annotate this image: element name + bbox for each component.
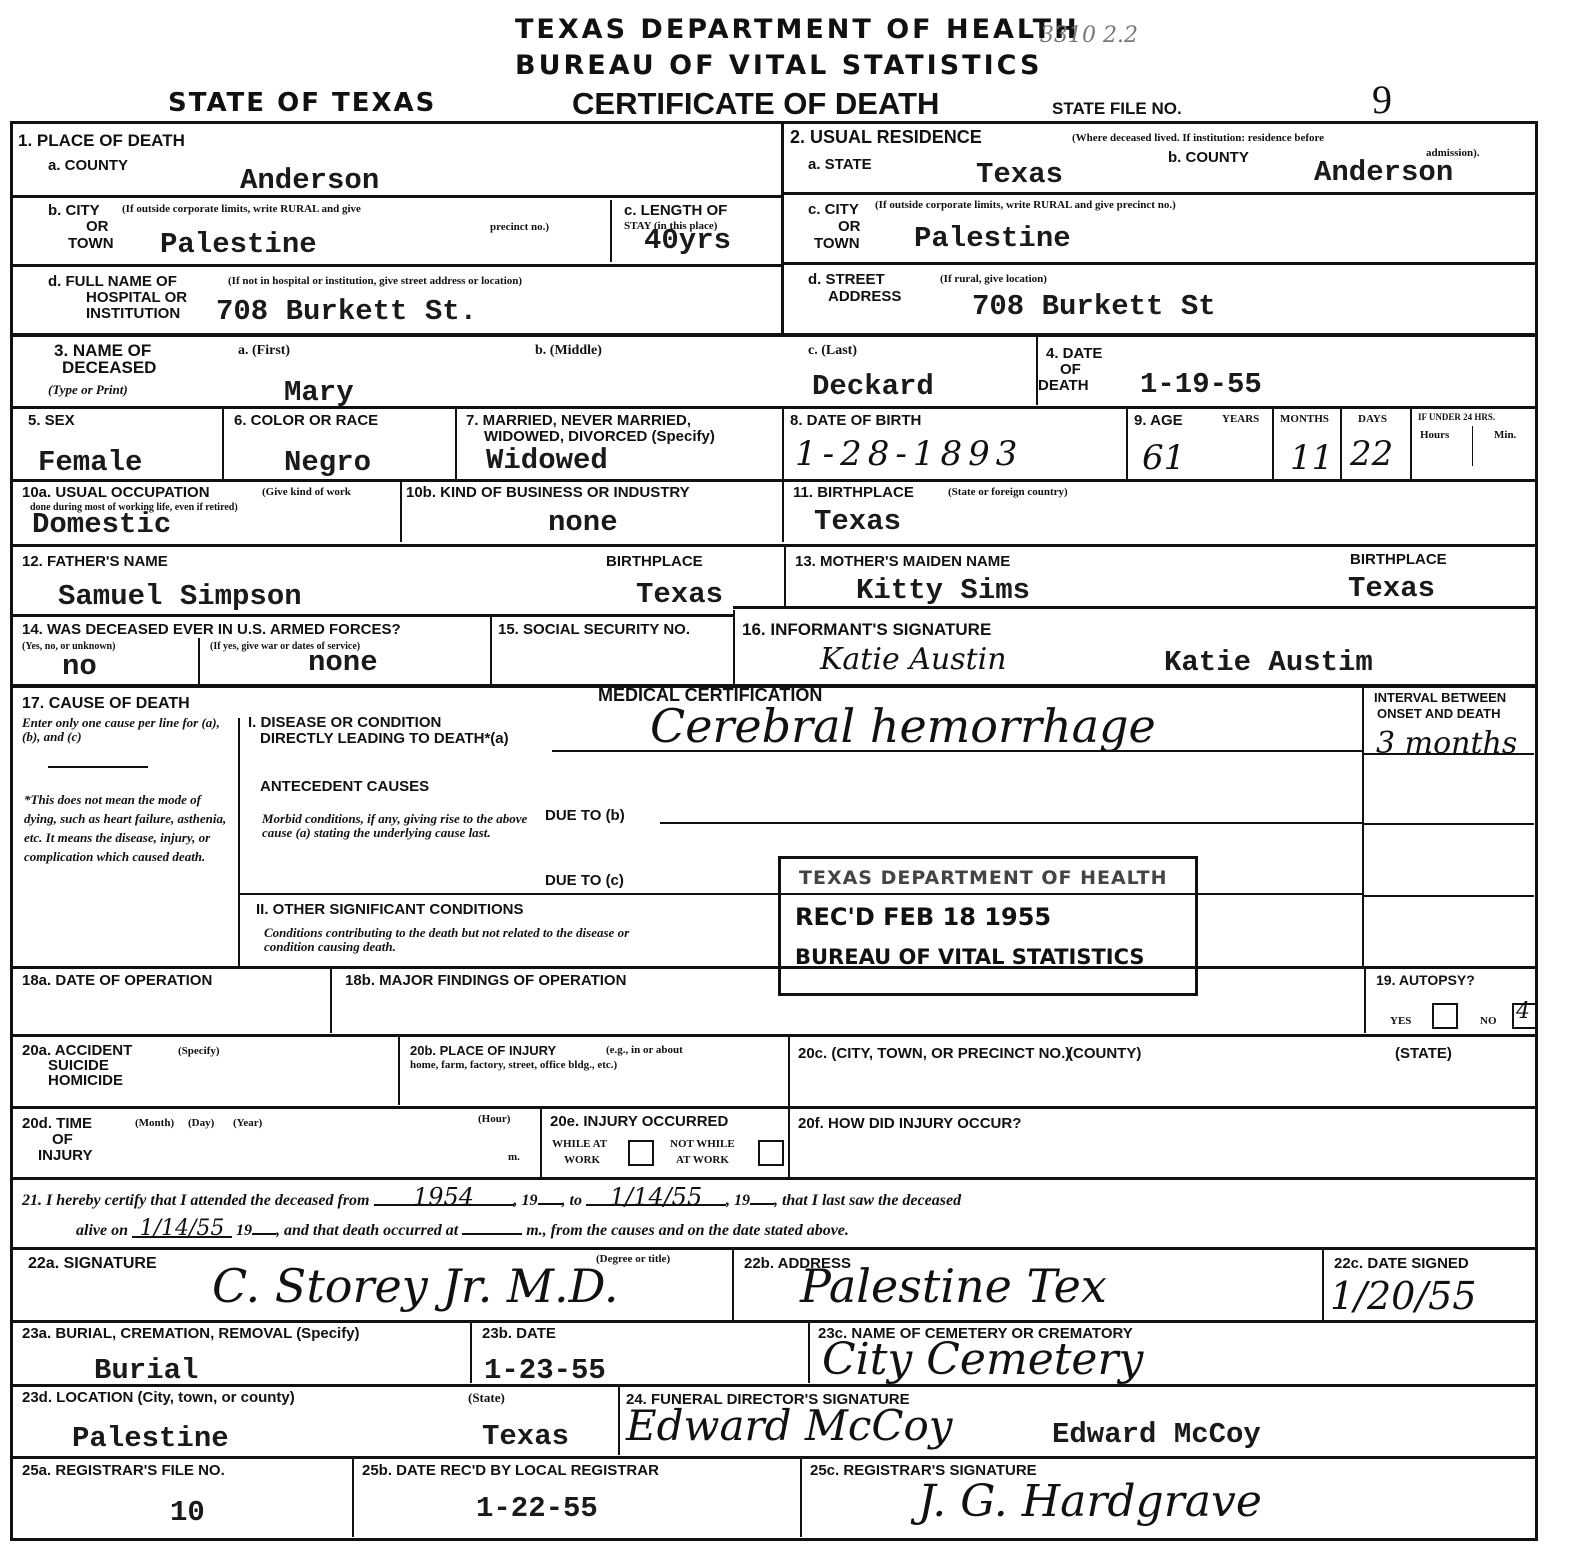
due-to-b-label: DUE TO (b) bbox=[545, 808, 625, 823]
divider bbox=[198, 638, 200, 684]
divider bbox=[238, 718, 240, 966]
informant-typed-name: Katie Austim bbox=[1164, 648, 1373, 678]
injury-place-note: (e.g., in or about bbox=[606, 1045, 683, 1056]
occupation-value: Domestic bbox=[32, 510, 171, 540]
mother-value: Kitty Sims bbox=[856, 576, 1030, 606]
disposition-label: 23a. BURIAL, CREMATION, REMOVAL (Specify… bbox=[22, 1326, 360, 1341]
other-conditions-note: Conditions contributing to the death but… bbox=[264, 926, 664, 954]
divider bbox=[222, 409, 224, 479]
burial-state-value: Texas bbox=[482, 1422, 569, 1452]
certify-text-i: m., from the causes and on the date stat… bbox=[526, 1222, 849, 1239]
age-years-value: 61 bbox=[1142, 440, 1185, 476]
divider bbox=[1410, 409, 1412, 479]
injury-time-injury: INJURY bbox=[38, 1148, 92, 1163]
divider bbox=[1362, 688, 1364, 966]
burial-date-value: 1-23-55 bbox=[484, 1356, 606, 1386]
margin-note: 3310 2.2 bbox=[1040, 18, 1138, 54]
divider bbox=[398, 1037, 400, 1105]
divider bbox=[733, 610, 735, 684]
divider bbox=[1364, 823, 1534, 825]
age-months-value: 11 bbox=[1290, 440, 1333, 476]
state-file-number: 9 bbox=[1372, 76, 1392, 123]
divider bbox=[13, 1247, 1535, 1250]
header-bureau: BUREAU OF VITAL STATISTICS bbox=[515, 50, 1042, 81]
dod-value: 1-19-55 bbox=[1140, 370, 1262, 400]
hospital-label2: HOSPITAL OR bbox=[86, 290, 187, 305]
business-label: 10b. KIND OF BUSINESS OR INDUSTRY bbox=[406, 485, 690, 500]
place-of-death-label: 1. PLACE OF DEATH bbox=[18, 133, 185, 148]
divider bbox=[610, 200, 612, 262]
divider bbox=[13, 966, 1535, 969]
town-label: TOWN bbox=[68, 236, 114, 251]
informant-label: 16. INFORMANT'S SIGNATURE bbox=[742, 622, 991, 637]
funeral-director-signature: Edward McCoy bbox=[626, 1408, 953, 1444]
sex-label: 5. SEX bbox=[28, 413, 75, 428]
street-label2: ADDRESS bbox=[828, 289, 901, 304]
divider bbox=[490, 617, 492, 684]
years-label: YEARS bbox=[1222, 414, 1259, 425]
divider bbox=[13, 406, 1535, 409]
interval-label: INTERVAL BETWEEN bbox=[1374, 690, 1506, 705]
father-birthplace-value: Texas bbox=[636, 580, 723, 610]
injury-city-label: 20c. (CITY, TOWN, OR PRECINCT NO.) bbox=[798, 1046, 1070, 1061]
sex-value: Female bbox=[38, 448, 142, 478]
divider bbox=[1364, 753, 1534, 755]
under24-label: IF UNDER 24 HRS. bbox=[1418, 412, 1495, 423]
burial-location-value: Palestine bbox=[72, 1424, 229, 1454]
divider bbox=[618, 1387, 620, 1455]
death-city-label: b. CITY bbox=[48, 203, 100, 218]
disposition-value: Burial bbox=[94, 1356, 198, 1386]
town-label: TOWN bbox=[814, 236, 860, 251]
burial-date-label: 23b. DATE bbox=[482, 1326, 556, 1341]
hours-label: Hours bbox=[1420, 430, 1449, 441]
business-value: none bbox=[548, 508, 618, 538]
min-label: Min. bbox=[1494, 430, 1516, 441]
autopsy-no-checkbox[interactable]: 4 bbox=[1512, 1003, 1538, 1029]
header-department: TEXAS DEPARTMENT OF HEALTH bbox=[515, 14, 1080, 45]
residence-city-value: Palestine bbox=[914, 224, 1071, 254]
attended-from-value: 1954 bbox=[374, 1190, 514, 1206]
birthplace-value: Texas bbox=[814, 507, 901, 537]
specify-note: (Specify) bbox=[178, 1046, 220, 1057]
divider bbox=[1364, 969, 1366, 1033]
line-b bbox=[660, 822, 1362, 824]
year-label: (Year) bbox=[233, 1118, 262, 1129]
other-conditions-label: II. OTHER SIGNIFICANT CONDITIONS bbox=[256, 902, 524, 917]
usual-residence-note: (Where deceased lived. If institution: r… bbox=[1072, 133, 1324, 144]
suicide-label: SUICIDE bbox=[48, 1058, 109, 1073]
father-birthplace-label: BIRTHPLACE bbox=[606, 554, 703, 569]
homicide-label: HOMICIDE bbox=[48, 1073, 123, 1088]
operation-findings-label: 18b. MAJOR FINDINGS OF OPERATION bbox=[345, 973, 626, 988]
cause-footnote: *This does not mean the mode of dying, s… bbox=[24, 790, 232, 866]
physician-signature: C. Storey Jr. M.D. bbox=[212, 1268, 619, 1304]
divider bbox=[1126, 409, 1128, 479]
at-work-label: AT WORK bbox=[676, 1155, 729, 1166]
age-days-value: 22 bbox=[1350, 436, 1393, 472]
hour-label: (Hour) bbox=[478, 1114, 510, 1125]
cause-a-value: Cerebral hemorrhage bbox=[650, 708, 1156, 744]
divider bbox=[13, 614, 733, 617]
death-city-value: Palestine bbox=[160, 230, 317, 260]
certify-text-a: 21. I hereby certify that I attended the… bbox=[22, 1192, 370, 1209]
autopsy-label: 19. AUTOPSY? bbox=[1376, 973, 1475, 988]
divider bbox=[782, 482, 784, 542]
state-title: STATE OF TEXAS bbox=[168, 88, 436, 118]
attended-to-value: 1/14/55 bbox=[586, 1190, 726, 1206]
divider bbox=[784, 547, 786, 607]
marital-value: Widowed bbox=[486, 446, 608, 476]
divider bbox=[808, 1323, 810, 1383]
usual-residence-label: 2. USUAL RESIDENCE bbox=[790, 130, 982, 145]
cemetery-value: City Cemetery bbox=[822, 1342, 1143, 1378]
divider bbox=[13, 195, 781, 198]
hospital-label3: INSTITUTION bbox=[86, 306, 180, 321]
divider bbox=[782, 409, 784, 479]
war-service-value: none bbox=[308, 648, 378, 678]
registrar-signature: J. G. Hardgrave bbox=[918, 1484, 1262, 1520]
injury-time-label: 20d. TIME bbox=[22, 1116, 92, 1131]
certify-text-g: 19 bbox=[236, 1222, 252, 1239]
stamp-line2: REC'D FEB 18 1955 bbox=[795, 903, 1051, 931]
registrar-file-value: 10 bbox=[170, 1498, 205, 1528]
divider bbox=[352, 1459, 354, 1537]
residence-county-label: b. COUNTY bbox=[1168, 150, 1249, 165]
certify-text-e: , that I last saw the deceased bbox=[774, 1192, 961, 1209]
ssn-label: 15. SOCIAL SECURITY NO. bbox=[498, 622, 690, 637]
dob-label: 8. DATE OF BIRTH bbox=[790, 413, 921, 428]
while-at-work-checkbox[interactable] bbox=[628, 1140, 654, 1166]
divider bbox=[1472, 426, 1473, 466]
injury-state-label: (STATE) bbox=[1395, 1046, 1452, 1061]
informant-signature: Katie Austin bbox=[820, 642, 1007, 678]
divider bbox=[1036, 337, 1038, 405]
certify-text-h: , and that death occurred at bbox=[276, 1222, 458, 1239]
injury-place-label: 20b. PLACE OF INJURY bbox=[410, 1043, 556, 1058]
date-signed-label: 22c. DATE SIGNED bbox=[1334, 1256, 1469, 1271]
certify-line1: 21. I hereby certify that I attended the… bbox=[22, 1190, 961, 1208]
street-note: (If rural, give location) bbox=[940, 274, 1047, 285]
injury-occurred-label: 20e. INJURY OCCURRED bbox=[550, 1114, 728, 1129]
divider bbox=[455, 409, 457, 479]
occupation-note: (Give kind of work bbox=[262, 487, 351, 498]
mother-birthplace-value: Texas bbox=[1348, 574, 1435, 604]
interval-value: 3 months bbox=[1376, 726, 1517, 762]
first-name-value: Mary bbox=[284, 378, 354, 408]
divider bbox=[13, 1384, 1535, 1387]
days-label: DAYS bbox=[1358, 414, 1387, 425]
divider bbox=[784, 192, 1535, 195]
middle-name-label: b. (Middle) bbox=[535, 345, 602, 356]
last-seen-value: 1/14/55 bbox=[132, 1222, 232, 1238]
antecedent-label: ANTECEDENT CAUSES bbox=[260, 779, 429, 794]
divider bbox=[13, 1034, 1535, 1037]
registrar-file-label: 25a. REGISTRAR'S FILE NO. bbox=[22, 1463, 225, 1478]
deceased-name-label: 3. NAME OF bbox=[54, 343, 151, 358]
m-label: m. bbox=[508, 1152, 520, 1163]
death-county-value: Anderson bbox=[240, 166, 379, 196]
race-label: 6. COLOR OR RACE bbox=[234, 413, 378, 428]
residence-county-value: Anderson bbox=[1314, 158, 1453, 188]
certify-text-d: , 19 bbox=[726, 1192, 750, 1209]
divider bbox=[732, 1250, 734, 1320]
injury-place-note2: home, farm, factory, street, office bldg… bbox=[410, 1060, 617, 1071]
dod-label3: DEATH bbox=[1038, 378, 1089, 393]
stay-label: c. LENGTH OF bbox=[624, 203, 727, 218]
certify-line2: alive on 1/14/55 19, and that death occu… bbox=[76, 1222, 849, 1238]
or-label: OR bbox=[838, 219, 861, 234]
father-value: Samuel Simpson bbox=[58, 582, 302, 612]
divider bbox=[1322, 1250, 1324, 1320]
divider bbox=[13, 479, 1535, 482]
operation-date-label: 18a. DATE OF OPERATION bbox=[22, 973, 212, 988]
hospital-value: 708 Burkett St. bbox=[216, 297, 477, 327]
death-county-label: a. COUNTY bbox=[48, 158, 128, 173]
divider bbox=[13, 1320, 1535, 1323]
residence-city-note: (If outside corporate limits, write RURA… bbox=[875, 200, 1176, 211]
injury-county-label: (COUNTY) bbox=[1068, 1046, 1141, 1061]
funeral-director-typed: Edward McCoy bbox=[1052, 1420, 1261, 1450]
work-label: WORK bbox=[564, 1155, 600, 1166]
registrar-date-label: 25b. DATE REC'D BY LOCAL REGISTRAR bbox=[362, 1463, 659, 1478]
certificate-title: CERTIFICATE OF DEATH bbox=[572, 86, 939, 122]
deceased-name-label2: DECEASED bbox=[62, 360, 156, 375]
death-city-note: (If outside corporate limits, write RURA… bbox=[122, 204, 361, 215]
physician-address-value: Palestine Tex bbox=[800, 1268, 1107, 1304]
day-label: (Day) bbox=[188, 1118, 214, 1129]
divider bbox=[13, 544, 1535, 547]
injury-time-of: OF bbox=[52, 1132, 73, 1147]
divider bbox=[1272, 409, 1274, 479]
certify-text-f: alive on bbox=[76, 1222, 128, 1239]
divider bbox=[733, 606, 1535, 609]
month-label: (Month) bbox=[135, 1118, 174, 1129]
divider bbox=[800, 1459, 802, 1537]
date-signed-value: 1/20/55 bbox=[1330, 1278, 1477, 1314]
stamp-line1: TEXAS DEPARTMENT OF HEALTH bbox=[799, 867, 1167, 889]
race-value: Negro bbox=[284, 448, 371, 478]
dod-label: 4. DATE bbox=[1046, 346, 1102, 361]
residence-state-label: a. STATE bbox=[808, 157, 872, 172]
divider bbox=[48, 766, 148, 768]
divider bbox=[470, 1323, 472, 1383]
antecedent-note: Morbid conditions, if any, giving rise t… bbox=[262, 812, 542, 840]
disease-label2: DIRECTLY LEADING TO DEATH*(a) bbox=[260, 731, 509, 746]
divider bbox=[13, 1106, 1535, 1109]
armed-forces-value: no bbox=[62, 652, 97, 682]
armed-forces-label: 14. WAS DECEASED EVER IN U.S. ARMED FORC… bbox=[22, 622, 401, 637]
father-label: 12. FATHER'S NAME bbox=[22, 554, 168, 569]
or-label: OR bbox=[86, 219, 109, 234]
hospital-note: (If not in hospital or institution, give… bbox=[228, 276, 522, 287]
autopsy-yes-label: YES bbox=[1390, 1016, 1411, 1027]
mother-label: 13. MOTHER'S MAIDEN NAME bbox=[795, 554, 1010, 569]
certify-text-b: , 19 bbox=[514, 1192, 538, 1209]
residence-state-value: Texas bbox=[976, 160, 1063, 190]
occupation-label: 10a. USUAL OCCUPATION bbox=[22, 485, 210, 500]
divider bbox=[400, 482, 402, 542]
accident-label: 20a. ACCIDENT bbox=[22, 1043, 132, 1058]
divider bbox=[784, 262, 1535, 265]
months-label: MONTHS bbox=[1280, 414, 1329, 425]
autopsy-no-label: NO bbox=[1480, 1016, 1497, 1027]
type-or-print-note: (Type or Print) bbox=[48, 383, 128, 397]
divider bbox=[13, 1177, 1535, 1180]
physician-signature-label: 22a. SIGNATURE bbox=[28, 1256, 157, 1271]
marital-label: 7. MARRIED, NEVER MARRIED, bbox=[466, 413, 691, 428]
divider bbox=[781, 121, 784, 335]
residence-city-label: c. CITY bbox=[808, 202, 859, 217]
divider bbox=[13, 1456, 1535, 1459]
dob-value: 1-28-1893 bbox=[795, 436, 1023, 472]
state-file-label: STATE FILE NO. bbox=[1052, 101, 1182, 116]
certify-text-c: , to bbox=[562, 1192, 582, 1209]
interval-label2: ONSET AND DEATH bbox=[1377, 706, 1501, 721]
not-at-work-checkbox[interactable] bbox=[758, 1140, 784, 1166]
marital-label2: WIDOWED, DIVORCED (Specify) bbox=[484, 429, 715, 444]
divider bbox=[1340, 409, 1342, 479]
first-name-label: a. (First) bbox=[238, 345, 290, 356]
disease-label: I. DISEASE OR CONDITION bbox=[248, 715, 441, 730]
divider bbox=[13, 264, 781, 267]
burial-state-label: (State) bbox=[468, 1392, 505, 1403]
birthplace-note: (State or foreign country) bbox=[948, 487, 1068, 498]
due-to-c-label: DUE TO (c) bbox=[545, 873, 624, 888]
divider bbox=[540, 1109, 542, 1177]
last-name-label: c. (Last) bbox=[808, 345, 857, 356]
while-at-label: WHILE AT bbox=[552, 1139, 607, 1150]
stay-value: 40yrs bbox=[644, 226, 731, 256]
divider bbox=[13, 333, 1535, 337]
divider bbox=[1364, 895, 1534, 897]
hospital-label: d. FULL NAME OF bbox=[48, 274, 177, 289]
age-label: 9. AGE bbox=[1134, 413, 1183, 428]
dod-label2: OF bbox=[1060, 362, 1081, 377]
mother-birthplace-label: BIRTHPLACE bbox=[1350, 552, 1447, 567]
cause-of-death-label: 17. CAUSE OF DEATH bbox=[22, 696, 190, 711]
death-city-note2: precinct no.) bbox=[490, 222, 549, 233]
divider bbox=[330, 969, 332, 1033]
birthplace-label: 11. BIRTHPLACE bbox=[793, 485, 914, 500]
burial-location-label: 23d. LOCATION (City, town, or county) bbox=[22, 1390, 295, 1405]
street-value: 708 Burkett St bbox=[972, 292, 1216, 322]
cause-instructions: Enter only one cause per line for (a), (… bbox=[22, 716, 222, 744]
received-stamp: TEXAS DEPARTMENT OF HEALTH REC'D FEB 18 … bbox=[778, 856, 1198, 996]
last-name-value: Deckard bbox=[812, 372, 934, 402]
how-injury-label: 20f. HOW DID INJURY OCCUR? bbox=[798, 1116, 1021, 1131]
street-label: d. STREET bbox=[808, 272, 885, 287]
autopsy-yes-checkbox[interactable] bbox=[1432, 1003, 1458, 1029]
not-while-label: NOT WHILE bbox=[670, 1139, 735, 1150]
check-mark-icon: 4 bbox=[1516, 999, 1530, 1024]
registrar-date-value: 1-22-55 bbox=[476, 1494, 598, 1524]
